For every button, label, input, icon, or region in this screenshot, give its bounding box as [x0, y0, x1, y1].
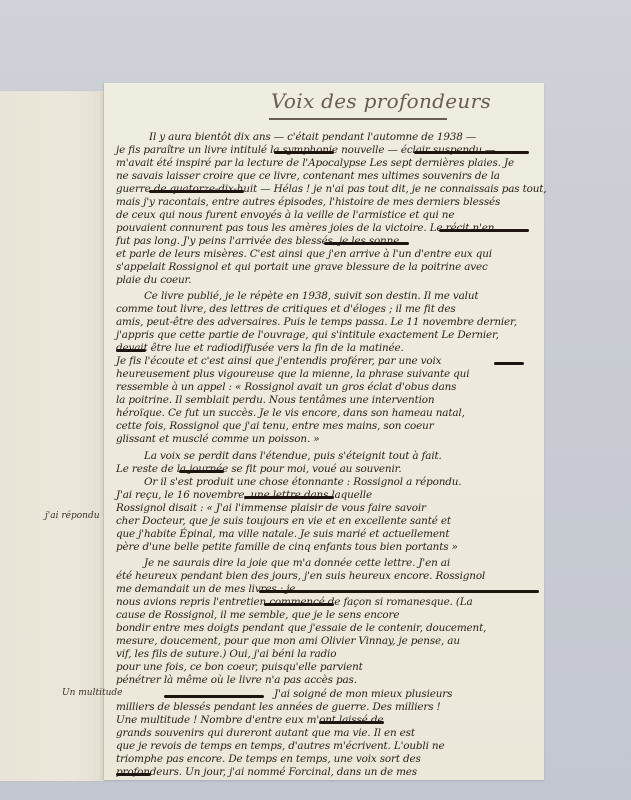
manuscript-line: pénétrer là même où le livre n'a pas acc… — [116, 674, 357, 686]
manuscript-line: cher Docteur, que je suis toujours en vi… — [116, 515, 451, 527]
strikethrough — [274, 151, 334, 154]
manuscript-line: été heureux pendant bien des jours, j'en… — [116, 570, 485, 582]
manuscript-line: profondeurs. Un jour, j'ai nommé Forcina… — [116, 766, 417, 778]
manuscript-line: pour une fois, ce bon coeur, puisqu'elle… — [116, 661, 363, 673]
manuscript-line: Il y aura bientôt dix ans — c'était pend… — [149, 131, 476, 143]
page-title: Voix des profondeurs — [271, 89, 491, 113]
strikethrough — [319, 721, 384, 724]
manuscript-line: guerre de quatorze-dix-huit — Hélas ! je… — [116, 183, 546, 195]
left-facing-page — [0, 91, 104, 781]
manuscript-line: triomphe pas encore. De temps en temps, … — [116, 753, 421, 765]
margin-note: j'ai répondu — [45, 511, 100, 521]
strikethrough — [494, 362, 524, 365]
manuscript-line: mesure, doucement, pour que mon ami Oliv… — [116, 635, 460, 647]
manuscript-line: glissant et musclé comme un poisson. » — [116, 433, 319, 445]
manuscript-line: nous avions repris l'entretien commencé … — [116, 596, 473, 608]
manuscript-line: de ceux qui nous furent envoyés à la vei… — [116, 209, 454, 221]
manuscript-line: que j'habite Épinal, ma ville natale. Je… — [116, 528, 449, 540]
manuscript-line: me demandait un de mes livres : je — [116, 583, 295, 595]
manuscript-line: père d'une belle petite famille de cinq … — [116, 541, 458, 553]
manuscript-line: grands souvenirs qui dureront autant que… — [116, 727, 415, 739]
strikethrough — [264, 603, 334, 606]
manuscript-line: La voix se perdit dans l'étendue, puis s… — [144, 450, 442, 462]
strikethrough — [244, 496, 334, 499]
manuscript-line: cette fois, Rossignol que j'ai tenu, ent… — [116, 420, 434, 432]
manuscript-line: vif, les fils de suture.) Oui, j'ai béni… — [116, 648, 336, 660]
manuscript-line: pouvaient connurent pas tous les amères … — [116, 222, 494, 234]
manuscript-line: bondir entre mes doigts pendant que j'es… — [116, 622, 486, 634]
strikethrough — [116, 349, 146, 352]
manuscript-line: J'ai reçu, le 16 novembre, une lettre da… — [116, 489, 372, 501]
manuscript-line: Je ne saurais dire la joie que m'a donné… — [144, 557, 450, 569]
manuscript-line: que je revois de temps en temps, d'autre… — [116, 740, 444, 752]
manuscript-line: héroïque. Ce fut un succès. Je le vis en… — [116, 407, 465, 419]
manuscript-line: comme tout livre, des lettres de critiqu… — [116, 303, 456, 315]
manuscript-line: Rossignol disait : « J'ai l'immense plai… — [116, 502, 426, 514]
manuscript-line: la poitrine. Il semblait perdu. Nous ten… — [116, 394, 434, 406]
manuscript-line: heureusement plus vigoureuse que la mien… — [116, 368, 469, 380]
manuscript-line: plaie du coeur. — [116, 274, 191, 286]
manuscript-line: J'ai soigné de mon mieux plusieurs — [274, 688, 452, 700]
manuscript-line: mais j'y racontais, entre autres épisode… — [116, 196, 500, 208]
manuscript-line: fut pas long. J'y peins l'arrivée des bl… — [116, 235, 399, 247]
manuscript-line: milliers de blessés pendant les années d… — [116, 701, 441, 713]
manuscript-line: je fis paraître un livre intitulé la sym… — [116, 144, 495, 156]
manuscript-line: amis, peut-être des adversaires. Puis le… — [116, 316, 517, 328]
manuscript-line: et parle de leurs misères. C'est ainsi q… — [116, 248, 492, 260]
title-underline — [269, 118, 447, 120]
strikethrough — [179, 470, 224, 473]
strikethrough — [324, 242, 409, 245]
manuscript-line: ne savais laisser croire que ce livre, c… — [116, 170, 500, 182]
manuscript-line: ressemble à un appel : « Rossignol avait… — [116, 381, 456, 393]
margin-note: Un multitude — [62, 688, 122, 698]
strikethrough — [164, 695, 264, 698]
manuscript-line: devait être lue et radiodiffusée vers la… — [116, 342, 404, 354]
manuscript-line: Ce livre publié, je le répète en 1938, s… — [144, 290, 478, 302]
manuscript-line: s'appelait Rossignol et qui portait une … — [116, 261, 488, 273]
strikethrough — [116, 773, 151, 776]
manuscript-line: j'appris que cette partie de l'ouvrage, … — [116, 329, 499, 341]
strikethrough — [414, 151, 529, 154]
strikethrough — [439, 229, 529, 232]
manuscript-page: Voix des profondeurs Il y aura bientôt d… — [104, 83, 544, 780]
manuscript-line: cause de Rossignol, il me semble, que je… — [116, 609, 399, 621]
manuscript-line: Je fis l'écoute et c'est ainsi que j'ent… — [116, 355, 441, 367]
manuscript-line: Le reste de la journée se fit pour moi, … — [116, 463, 401, 475]
manuscript-line: Or il s'est produit une chose étonnante … — [144, 476, 461, 488]
manuscript-line: m'avait été inspiré par la lecture de l'… — [116, 157, 514, 169]
strikethrough — [259, 590, 539, 593]
strikethrough — [149, 190, 244, 193]
manuscript-line: Une multitude ! Nombre d'entre eux m'ont… — [116, 714, 383, 726]
